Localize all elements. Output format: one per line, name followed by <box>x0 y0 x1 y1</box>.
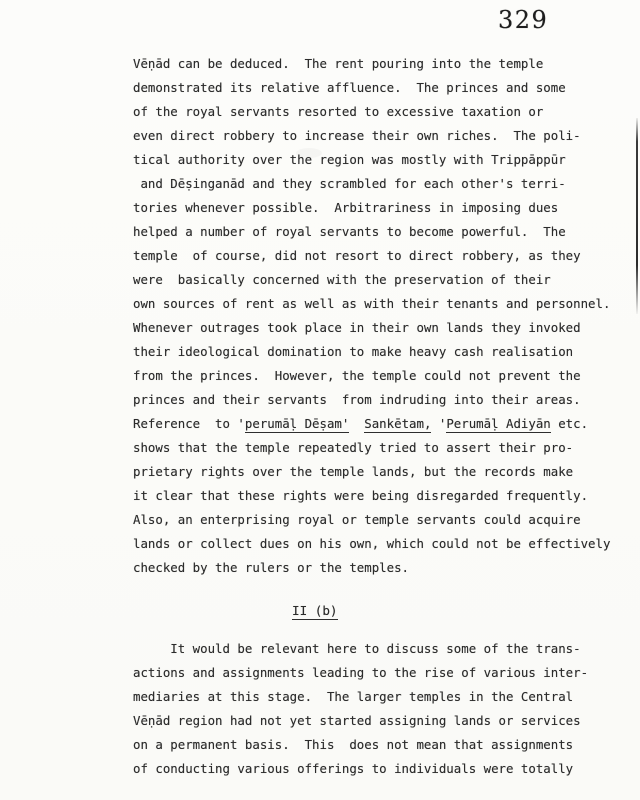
text-segment: Reference to ' <box>133 416 245 431</box>
text-line: tical authority over the region was most… <box>133 148 610 172</box>
underlined-term-sanketam: Sankētam, <box>364 416 431 433</box>
text-line: even direct robbery to increase their ow… <box>133 124 610 148</box>
text-line: helped a number of royal servants to bec… <box>133 220 610 244</box>
text-line: own sources of rent as well as with thei… <box>133 292 610 316</box>
text-line: it clear that these rights were being di… <box>133 484 610 508</box>
text-line: on a permanent basis. This does not mean… <box>133 733 588 757</box>
text-line: Also, an enterprising royal or temple se… <box>133 508 610 532</box>
text-line: princes and their servants from indrudin… <box>133 388 610 412</box>
text-line: demonstrated its relative affluence. The… <box>133 76 610 100</box>
text-line: Vēṇād region had not yet started assigni… <box>133 709 588 733</box>
underlined-term-perumal-adiyan: Perumāḷ Adiyān <box>446 416 550 433</box>
text-line: checked by the rulers or the temples. <box>133 556 610 580</box>
text-line: lands or collect dues on his own, which … <box>133 532 610 556</box>
text-line: Whenever outrages took place in their ow… <box>133 316 610 340</box>
text-line-reference-terms: Reference to 'perumāḷ Dēṣam' Sankētam, '… <box>133 412 610 436</box>
text-line: of the royal servants resorted to excess… <box>133 100 610 124</box>
text-line: It would be relevant here to discuss som… <box>133 637 588 661</box>
underlined-term-perumal-desam: perumāḷ Dēṣam' <box>245 416 349 433</box>
text-line: were basically concerned with the preser… <box>133 268 610 292</box>
section-heading: II (b) <box>292 599 338 623</box>
text-segment <box>349 416 364 431</box>
text-line: prietary rights over the temple lands, b… <box>133 460 610 484</box>
text-line: mediaries at this stage. The larger temp… <box>133 685 588 709</box>
paragraph-two: It would be relevant here to discuss som… <box>133 637 588 781</box>
scan-edge-artifact <box>636 118 638 314</box>
scan-smudge <box>296 148 322 158</box>
scanned-document-page: 329 Vēṇād can be deduced. The rent pouri… <box>0 0 640 800</box>
text-line: shows that the temple repeatedly tried t… <box>133 436 610 460</box>
text-line: from the princes. However, the temple co… <box>133 364 610 388</box>
page-number: 329 <box>498 6 548 34</box>
text-line: and Dēṣinganād and they scrambled for ea… <box>133 172 610 196</box>
text-line: Vēṇād can be deduced. The rent pouring i… <box>133 52 610 76</box>
text-line: actions and assignments leading to the r… <box>133 661 588 685</box>
text-line: of conducting various offerings to indiv… <box>133 757 588 781</box>
text-line: their ideological domination to make hea… <box>133 340 610 364</box>
section-heading-label: II (b) <box>292 603 338 620</box>
paragraph-one: Vēṇād can be deduced. The rent pouring i… <box>133 52 610 580</box>
text-line: temple of course, did not resort to dire… <box>133 244 610 268</box>
text-segment: etc. <box>551 416 588 431</box>
text-line: tories whenever possible. Arbitrariness … <box>133 196 610 220</box>
text-segment: ' <box>431 416 446 431</box>
